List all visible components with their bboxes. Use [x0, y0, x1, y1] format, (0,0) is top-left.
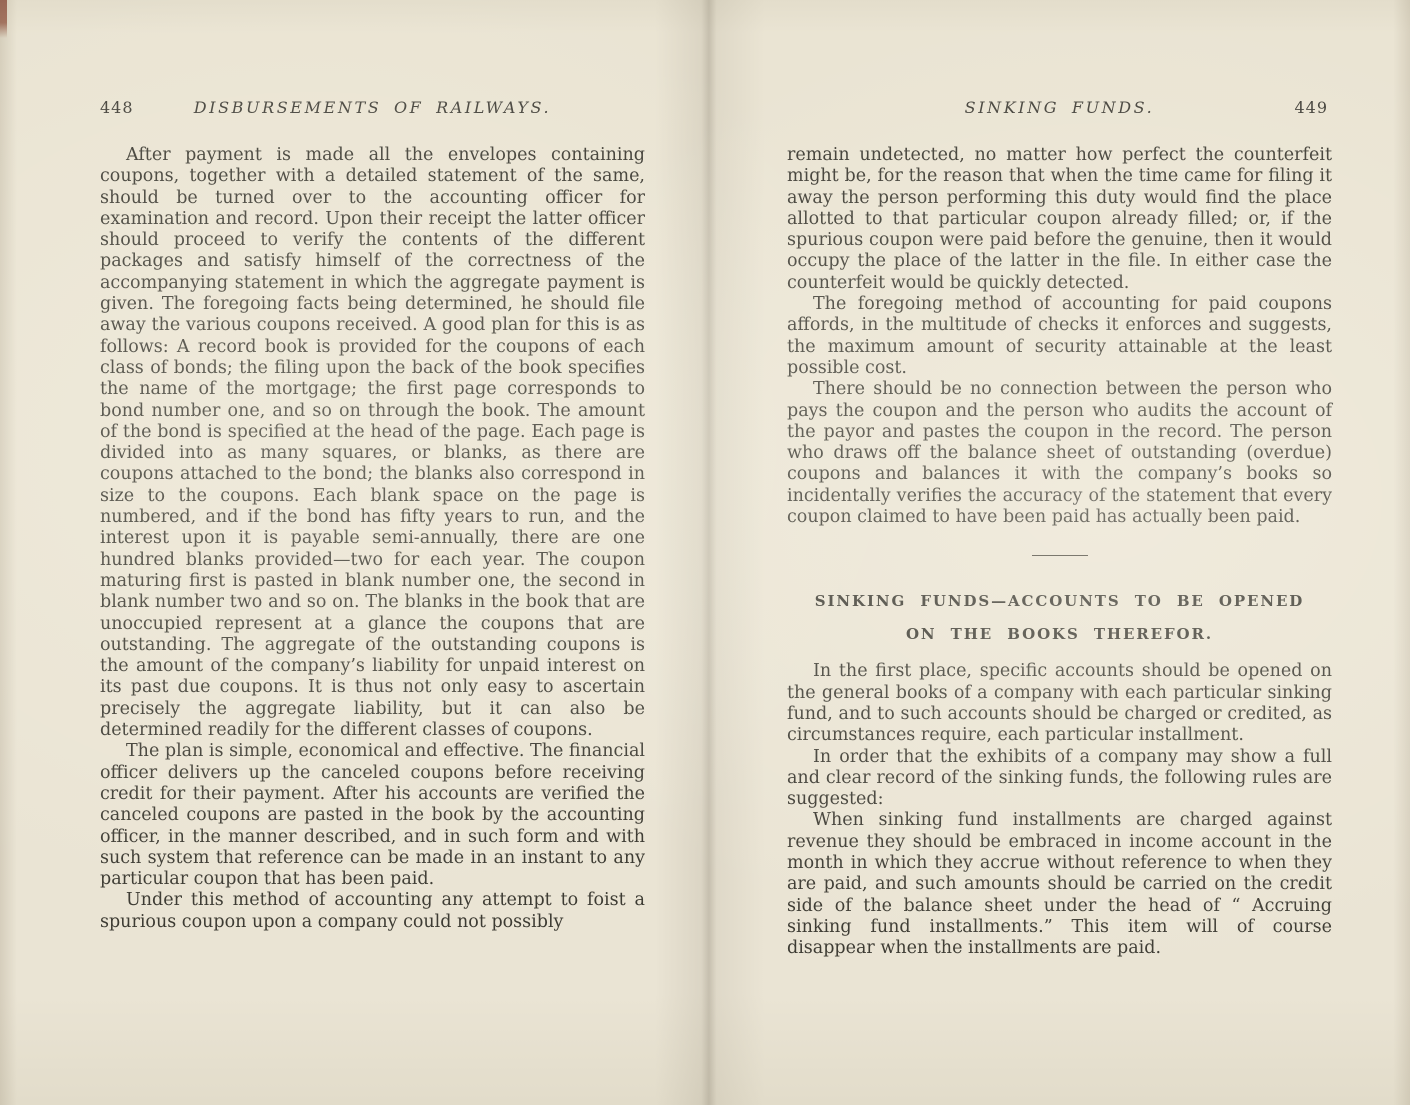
left-running-title: DISBURSEMENTS OF RAILWAYS. [100, 98, 645, 117]
right-page-body: remain undetected, no matter how perfect… [787, 145, 1332, 960]
paragraph: Under this method of accounting any atte… [100, 890, 645, 933]
right-page: SINKING FUNDS. 449 remain undetected, no… [705, 0, 1410, 1105]
paragraph: The foregoing method of accounting for p… [787, 294, 1332, 379]
right-page-header: SINKING FUNDS. 449 [787, 98, 1332, 118]
paragraph: There should be no connection between th… [787, 379, 1332, 528]
book-spread: 448 DISBURSEMENTS OF RAILWAYS. After pay… [0, 0, 1410, 1105]
paragraph: The plan is simple, economical and effec… [100, 741, 645, 890]
paragraph: In order that the exhibits of a company … [787, 747, 1332, 811]
paragraph: After payment is made all the envelopes … [100, 145, 645, 741]
left-page-number: 448 [100, 98, 134, 117]
left-page-header: 448 DISBURSEMENTS OF RAILWAYS. [100, 98, 645, 118]
section-divider-rule [1032, 555, 1088, 556]
right-running-title: SINKING FUNDS. [787, 98, 1332, 117]
paragraph: When sinking fund installments are charg… [787, 810, 1332, 959]
left-page: 448 DISBURSEMENTS OF RAILWAYS. After pay… [0, 0, 705, 1105]
section-heading: SINKING FUNDS—ACCOUNTS TO BE OPENED ON T… [787, 585, 1332, 651]
paragraph: remain undetected, no matter how perfect… [787, 145, 1332, 294]
left-page-body: After payment is made all the envelopes … [100, 145, 645, 933]
paragraph: In the first place, specific accounts sh… [787, 661, 1332, 746]
right-page-number: 449 [1294, 98, 1328, 117]
